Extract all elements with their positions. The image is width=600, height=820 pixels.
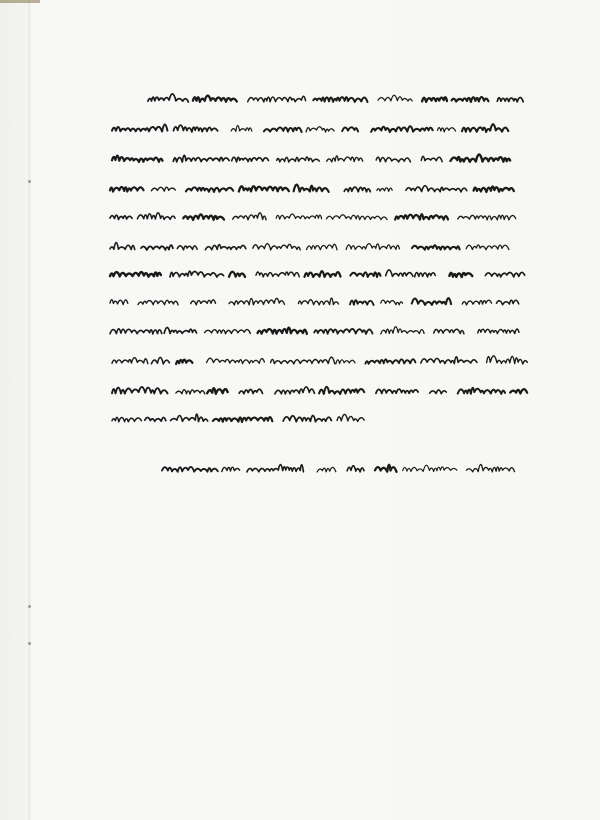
scribble-word	[177, 246, 197, 250]
handwriting	[0, 0, 600, 820]
scribble-word	[213, 417, 272, 422]
scribble-word	[377, 188, 392, 192]
scribble-word	[283, 416, 331, 422]
scribble-word	[207, 388, 227, 394]
scribble-word	[336, 360, 355, 364]
scribble-word	[176, 390, 205, 394]
scribble-word	[319, 387, 364, 394]
scribble-word	[478, 329, 519, 334]
handwriting-line	[112, 154, 510, 162]
paper-sheet	[0, 0, 600, 820]
handwriting-line	[112, 124, 508, 132]
handwriting-line	[112, 387, 527, 394]
scribble-word	[183, 214, 224, 219]
scribble-word	[487, 356, 528, 364]
scribble-word	[258, 328, 307, 334]
scribble-word	[395, 214, 448, 219]
scribble-word	[342, 127, 358, 131]
scribble-word	[222, 467, 240, 471]
scribble-word	[421, 357, 477, 364]
scribble-word	[112, 417, 141, 421]
handwriting-line	[148, 94, 523, 102]
scribble-word	[406, 186, 467, 192]
scribble-word	[171, 414, 208, 421]
handwriting-line	[112, 356, 527, 364]
scribble-word	[276, 214, 321, 219]
scribble-word	[434, 329, 464, 334]
scribble-word	[403, 465, 457, 471]
scribble-word	[229, 298, 284, 305]
scribble-word	[193, 96, 237, 102]
scribble-word	[458, 215, 516, 220]
scribble-word	[337, 414, 364, 421]
scribble-word	[264, 127, 302, 132]
scribble-word	[376, 389, 418, 393]
scribble-word	[314, 329, 372, 334]
scribble-word	[253, 244, 300, 250]
handwriting-line	[110, 242, 509, 250]
scribble-word	[305, 271, 341, 277]
scribble-word	[375, 465, 397, 472]
scribble-word	[145, 417, 166, 421]
scribble-word	[191, 300, 216, 305]
handwriting-line	[162, 464, 515, 472]
scribble-word	[112, 156, 163, 162]
scribble-word	[229, 272, 245, 277]
scribble-word	[207, 358, 265, 363]
scribble-word	[138, 300, 178, 305]
scribble-word	[430, 390, 447, 394]
scribble-word	[497, 300, 519, 305]
scribble-word	[186, 187, 233, 192]
scribble-word	[371, 126, 432, 132]
scribble-word	[271, 357, 335, 364]
scribble-word	[466, 464, 514, 471]
scribble-word	[137, 213, 175, 220]
scribble-word	[462, 124, 508, 132]
scribble-word	[452, 97, 489, 102]
scribble-word	[110, 215, 132, 219]
scribble-word	[112, 358, 148, 364]
scribble-word	[326, 215, 387, 220]
scribble-word	[239, 389, 262, 393]
scribble-word	[275, 387, 315, 394]
scribble-word	[294, 185, 329, 192]
scribble-word	[415, 273, 436, 277]
scribble-word	[378, 95, 412, 101]
scribble-word	[306, 127, 334, 132]
scribble-word	[485, 272, 524, 276]
scribble-word	[412, 245, 460, 249]
handwriting-line	[110, 213, 516, 220]
scribble-word	[458, 388, 505, 394]
scribble-word	[110, 300, 128, 305]
scribble-word	[173, 155, 229, 162]
scribble-word	[376, 157, 410, 162]
scribble-word	[298, 298, 338, 305]
scribble-word	[421, 156, 442, 161]
scribble-word	[164, 327, 196, 333]
handwriting-line	[110, 270, 525, 277]
scribble-word	[346, 244, 399, 250]
scribble-word	[112, 124, 167, 131]
scribble-word	[256, 272, 299, 277]
scribble-word	[162, 467, 218, 472]
scribble-word	[497, 98, 523, 102]
scribble-word	[422, 97, 447, 102]
scribble-word	[110, 187, 144, 192]
scribble-word	[205, 330, 251, 334]
handwriting-line	[110, 298, 519, 305]
scribble-word	[510, 389, 527, 393]
scribble-word	[347, 466, 364, 472]
scribble-word	[412, 298, 451, 305]
scribble-word	[451, 154, 511, 161]
handwriting-line	[112, 414, 364, 422]
handwriting-line	[110, 327, 519, 334]
scribble-word	[205, 245, 245, 250]
scribble-word	[110, 242, 135, 249]
scribble-word	[151, 187, 175, 191]
scribble-word	[438, 128, 456, 132]
scribble-word	[247, 465, 304, 472]
scribble-word	[277, 157, 320, 162]
scribble-word	[174, 125, 218, 132]
scribble-word	[141, 245, 173, 250]
scribble-word	[170, 271, 224, 277]
scribble-word	[110, 329, 162, 334]
scribble-word	[365, 359, 415, 364]
scribble-word	[233, 213, 266, 220]
handwriting-line	[110, 185, 514, 192]
scribble-word	[110, 272, 161, 276]
scribble-word	[350, 300, 374, 305]
scribble-word	[176, 360, 192, 364]
scribble-word	[151, 357, 169, 363]
scribble-word	[381, 300, 403, 305]
scribble-word	[231, 125, 252, 131]
scribble-word	[381, 327, 424, 334]
scribble-word	[148, 94, 188, 102]
scribble-word	[462, 300, 491, 305]
scribble-word	[239, 186, 289, 191]
scribble-word	[350, 272, 380, 277]
scribble-word	[307, 244, 338, 250]
scribble-word	[248, 96, 306, 102]
scribble-word	[449, 273, 472, 277]
scribble-word	[112, 387, 168, 394]
scribble-word	[466, 245, 509, 250]
scribble-word	[327, 156, 363, 162]
scribble-word	[474, 186, 514, 191]
scribble-word	[317, 467, 336, 472]
scribble-word	[344, 187, 370, 192]
scribble-word	[313, 97, 367, 102]
scribble-word	[386, 270, 413, 276]
scribble-word	[232, 157, 269, 162]
